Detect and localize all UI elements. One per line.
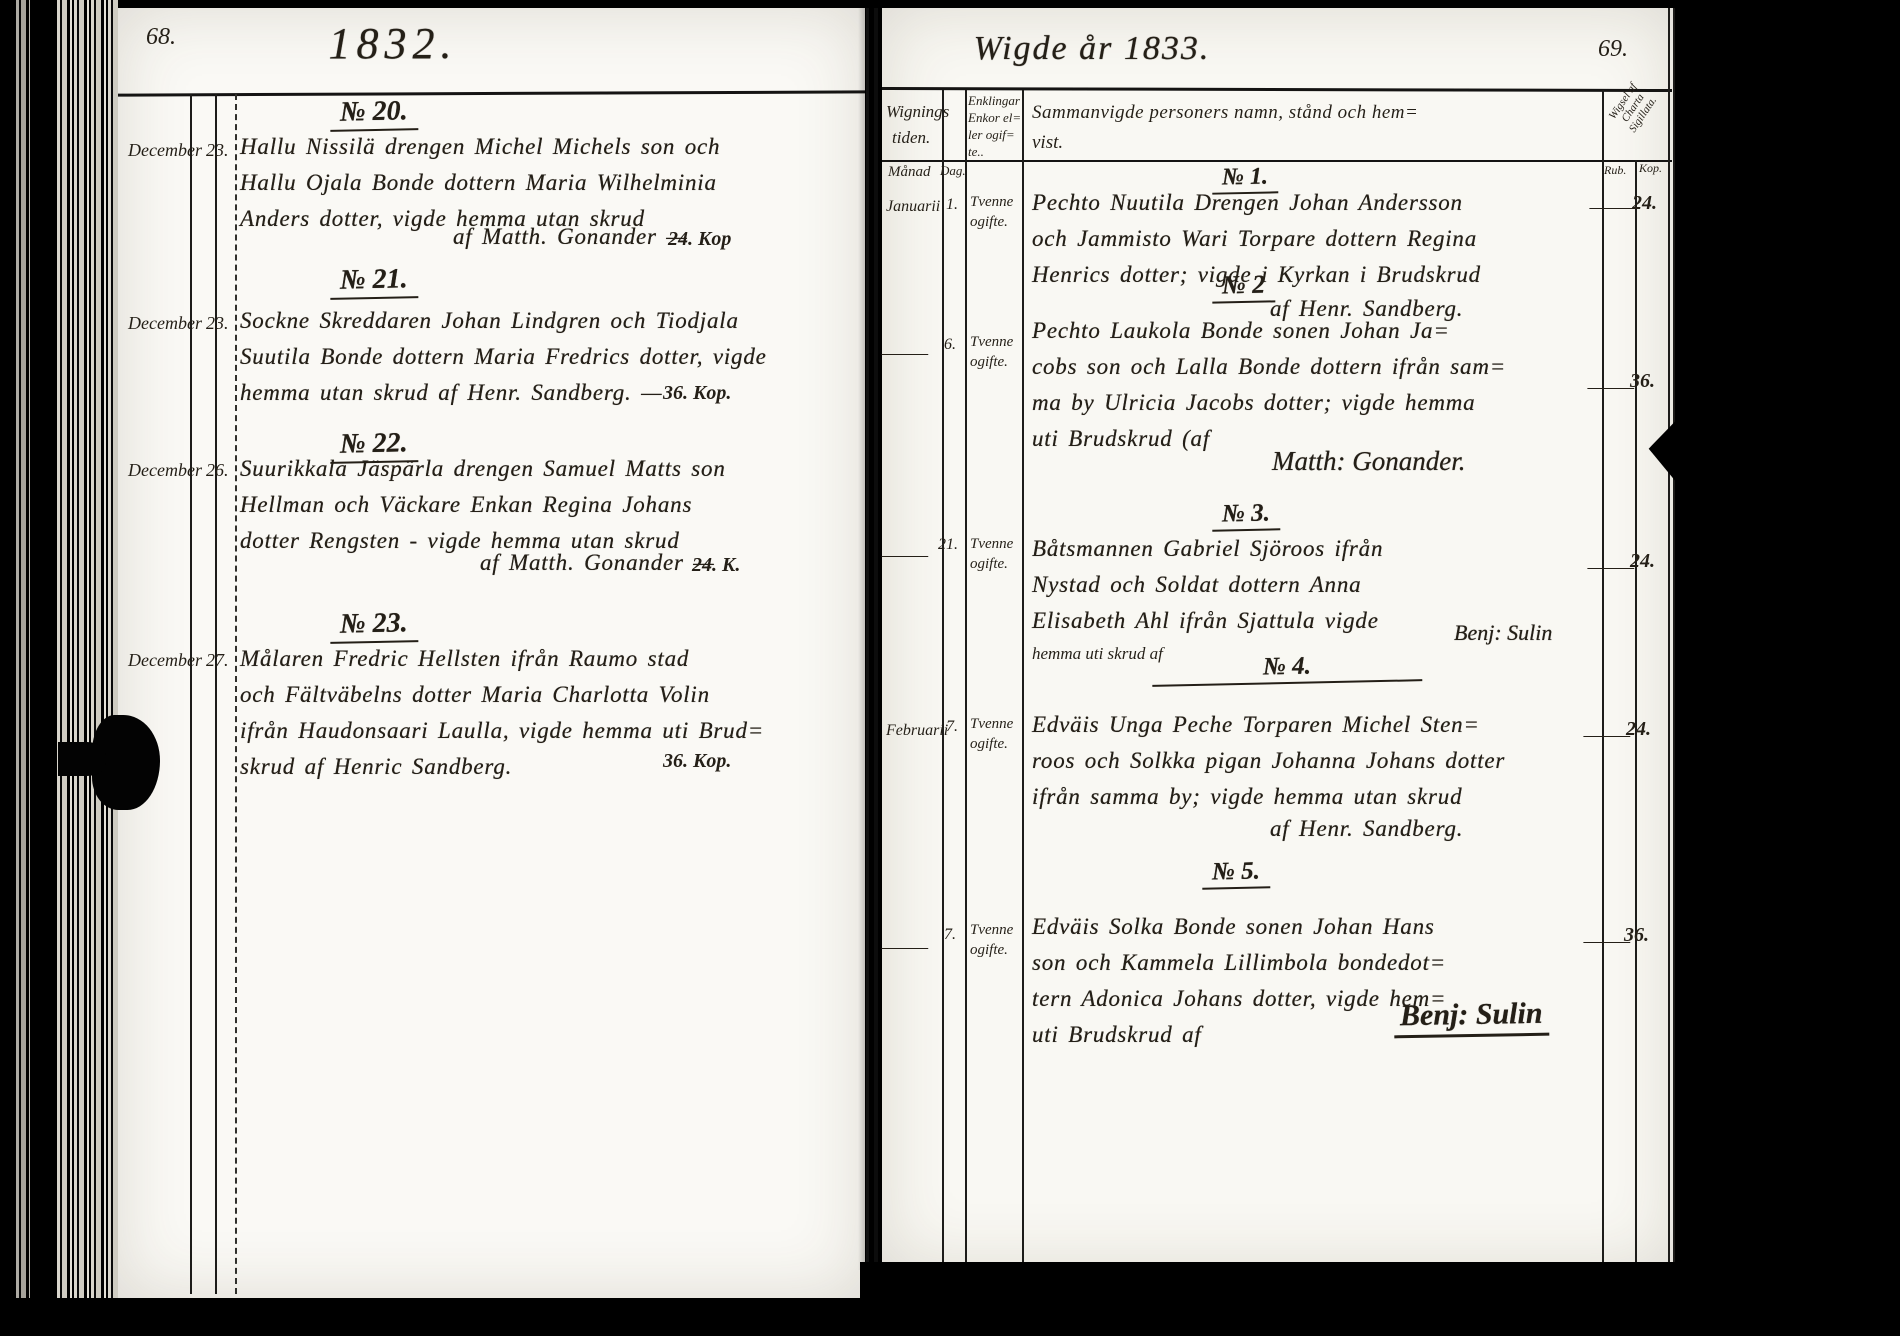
record-line: ifrån samma by; vigde hemma utan skrud [1032, 784, 1462, 810]
record-line: Hallu Nissilä drengen Michel Michels son… [240, 134, 720, 160]
record-line: son och Kammela Lillimbola bondedot= [1032, 950, 1446, 976]
record-fee-kop: 24. [1630, 550, 1655, 573]
record-number-heading: № 3. [1212, 499, 1281, 531]
record-line: Hallu Ojala Bonde dottern Maria Wilhelmi… [240, 170, 717, 196]
register-scan: 68. 1832. № 20. December 23. Hallu Nissi… [0, 0, 1900, 1336]
record-status: ogifte. [970, 354, 1008, 371]
header-names-line1: Sammanvigde personers namn, stånd och he… [1032, 102, 1418, 124]
record-status: Tvenne [970, 334, 1013, 351]
record-number-heading: № 23. [330, 607, 418, 644]
record-line: uti Brudskrud (af [1032, 426, 1210, 452]
record-number-heading: № 21. [330, 263, 418, 300]
header-civil-status-line: Enklingar [968, 92, 1020, 109]
right-header-bottom-rule [882, 160, 1672, 162]
record-line: hemma utan skrud af Henr. Sandberg. — [240, 380, 662, 406]
record-number-heading: № 5. [1202, 857, 1271, 889]
page-fold-gutter [858, 8, 882, 1270]
record-line: Nystad och Soldat dottern Anna [1032, 572, 1361, 598]
record-signature: Benj: Sulin [1394, 997, 1549, 1039]
record-closing: af Henr. Sandberg. [1270, 816, 1463, 842]
record-fee: 36. Kop. [663, 750, 731, 773]
record-day: 7. [944, 926, 956, 944]
col-line-names-fee [1602, 90, 1604, 1270]
page-edge-streaks [55, 0, 119, 1336]
record-line: och Fältväbelns dotter Maria Charlotta V… [240, 682, 710, 708]
record-month: Februarii [886, 722, 948, 740]
header-civil-status-line: Enkor el= [968, 109, 1021, 126]
record-line: tern Adonica Johans dotter, vigde hem= [1032, 986, 1446, 1012]
record-line: Båtsmannen Gabriel Sjöroos ifrån [1032, 536, 1383, 562]
col-line-month-day [942, 90, 944, 1270]
record-fee-kop: 36. [1630, 370, 1655, 393]
record-line: uti Brudskrud af [1032, 1022, 1202, 1048]
record-day: 21. [938, 536, 958, 554]
subheader-rub: Rub. [1604, 163, 1626, 178]
record-fee-rub: — [1584, 724, 1630, 747]
record-line: cobs son och Lalla Bonde dottern ifrån s… [1032, 354, 1506, 380]
record-line: hemma uti skrud af [1032, 644, 1163, 664]
record-month: — [882, 544, 928, 567]
record-status: Tvenne [970, 536, 1013, 553]
right-year-heading: Wigde år 1833. [962, 30, 1222, 68]
record-month: — [882, 342, 928, 365]
left-page: 68. 1832. № 20. December 23. Hallu Nissi… [118, 8, 865, 1298]
record-line: ma by Ulricia Jacobs dotter; vigde hemma [1032, 390, 1475, 416]
record-signature: Matth: Gonander. [1272, 446, 1465, 477]
header-wedding-time-line2: tiden. [892, 128, 930, 148]
left-page-number: 68. [146, 24, 176, 51]
subheader-kop: Kop. [1639, 161, 1662, 176]
col-line-rub-kop [1635, 160, 1637, 1270]
record-day: 26. [206, 460, 229, 481]
record-status: ogifte. [970, 942, 1008, 959]
record-month: Januarii [886, 198, 940, 216]
record-line: Suutila Bonde dottern Maria Fredrics dot… [240, 344, 767, 370]
header-names-line2: vist. [1032, 132, 1063, 154]
record-number-heading: № 4. [1152, 650, 1423, 687]
right-page-number: 69. [1598, 36, 1628, 63]
record-day: 23. [206, 313, 229, 334]
subheader-day: Dag. [940, 163, 966, 179]
record-status: Tvenne [970, 716, 1013, 733]
record-status: ogifte. [970, 556, 1008, 573]
record-line: roos och Solkka pigan Johanna Johans dot… [1032, 748, 1505, 774]
record-status: Tvenne [970, 922, 1013, 939]
left-page-top-rule [118, 90, 865, 96]
header-wedding-time-line1: Wignings [886, 102, 949, 122]
record-closing: af Matth. Gonander — [453, 224, 688, 250]
record-number-heading: № 2 [1212, 269, 1276, 303]
bottom-left-black-band [0, 1298, 882, 1336]
header-civil-status-line: ler ogif= [968, 126, 1015, 143]
record-signature: Benj: Sulin [1454, 620, 1552, 646]
record-day: 1. [946, 196, 958, 214]
record-line: Edväis Unga Peche Torparen Michel Sten= [1032, 712, 1480, 738]
right-border-line-1 [1668, 8, 1670, 1270]
record-line: Edväis Solka Bonde sonen Johan Hans [1032, 914, 1435, 940]
record-status: ogifte. [970, 214, 1008, 231]
book-edge-streaks [14, 0, 30, 1336]
right-black-margin [1675, 0, 1900, 1336]
record-day: 23. [206, 140, 229, 161]
record-day: 7. [946, 718, 958, 736]
record-month: December [128, 140, 202, 161]
record-line: Pechto Laukola Bonde sonen Johan Ja= [1032, 318, 1450, 344]
right-page: Wigde år 1833. 69. Wignings tiden. Enkli… [882, 8, 1675, 1270]
col-line-status-names [1022, 90, 1024, 1270]
record-status: Tvenne [970, 194, 1013, 211]
record-number-heading: № 20. [330, 95, 418, 132]
record-day: 27. [206, 650, 229, 671]
record-line: skrud af Henric Sandberg. [240, 754, 512, 780]
record-line: Hellman och Väckare Enkan Regina Johans [240, 492, 692, 518]
record-line: ifrån Haudonsaari Laulla, vigde hemma ut… [240, 718, 764, 744]
header-civil-status-line: te.. [968, 143, 984, 160]
record-month: December [128, 313, 202, 334]
record-fee-rub: — [1588, 376, 1634, 399]
left-margin-line-2 [215, 94, 217, 1294]
left-margin-line-dashed [235, 94, 237, 1294]
record-line: Sockne Skreddaren Johan Lindgren och Tio… [240, 308, 739, 334]
record-line: Pechto Nuutila Drengen Johan Andersson [1032, 190, 1463, 216]
record-status: ogifte. [970, 736, 1008, 753]
record-fee-kop: 24. [1626, 718, 1651, 741]
record-line: och Jammisto Wari Torpare dottern Regina [1032, 226, 1477, 252]
subheader-month: Månad [888, 164, 931, 181]
record-fee: 24. Kop [668, 228, 731, 251]
record-fee-rub: — [1590, 196, 1636, 219]
record-day: 6. [944, 336, 956, 354]
record-fee: 36. Kop. [663, 382, 731, 405]
record-fee-kop: 24. [1632, 192, 1657, 215]
header-fee-box: Wigsel af Charta Sigillata. [1596, 90, 1670, 160]
record-closing: af Matth. Gonander — [480, 550, 715, 576]
record-fee-rub: — [1588, 556, 1634, 579]
record-month: December [128, 460, 202, 481]
record-month: December [128, 650, 202, 671]
left-year-heading: 1832. [288, 18, 498, 69]
record-line: Suurikkala Jäspärla drengen Samuel Matts… [240, 456, 726, 482]
left-margin-line-1 [190, 94, 192, 1294]
col-line-day-status [965, 90, 967, 1270]
thumb-shadow-stem [58, 742, 106, 776]
record-line: Målaren Fredric Hellsten ifrån Raumo sta… [240, 646, 689, 672]
record-fee: 24. K. [692, 554, 740, 577]
record-line: Elisabeth Ahl ifrån Sjattula vigde [1032, 608, 1379, 634]
record-month: — [882, 936, 928, 959]
record-fee-kop: 36. [1624, 924, 1649, 947]
